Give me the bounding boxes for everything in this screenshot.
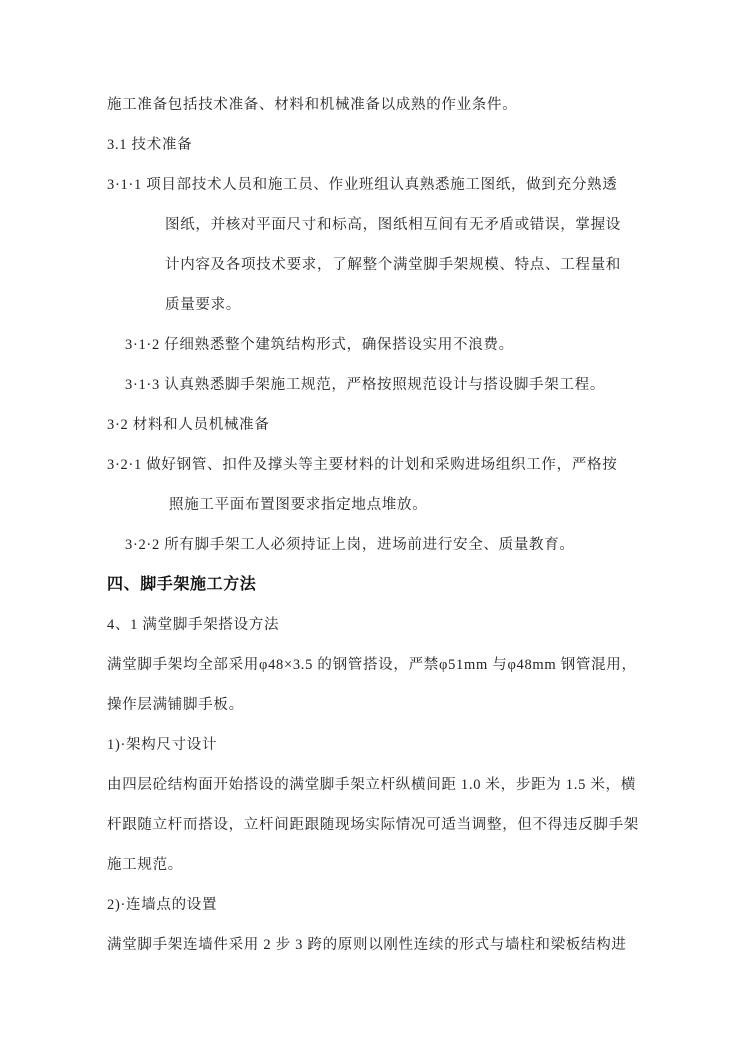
para-pipe-spec-line-2: 操作层满铺脚手板。 xyxy=(107,685,677,725)
para-3-2-1-line-1: 3·2·1 做好钢管、扣件及撑头等主要材料的计划和采购进场组织工作，严格按 xyxy=(107,445,677,485)
para-3-1-1-line-3: 计内容及各项技术要求，了解整个满堂脚手架规模、特点、工程量和 xyxy=(107,245,677,285)
para-wall-tie-line-1: 满堂脚手架连墙件采用 2 步 3 跨的原则以刚性连续的形式与墙柱和梁板结构进 xyxy=(107,925,677,965)
para-3-2-2: 3·2·2 所有脚手架工人必须持证上岗，进场前进行安全、质量教育。 xyxy=(107,525,677,565)
para-3-1-2: 3·1·2 仔细熟悉整个建筑结构形式，确保搭设实用不浪费。 xyxy=(107,325,677,365)
para-3-1-3: 3·1·3 认真熟悉脚手架施工规范，严格按照规范设计与搭设脚手架工程。 xyxy=(107,365,677,405)
heading-2-wall-tie-points: 2)·连墙点的设置 xyxy=(107,885,677,925)
heading-1-frame-dimensions: 1)·架构尺寸设计 xyxy=(107,725,677,765)
para-3-1-1-line-1: 3·1·1 项目部技术人员和施工员、作业班组认真熟悉施工图纸，做到充分熟透 xyxy=(107,165,677,205)
para-3-1-1-line-4: 质量要求。 xyxy=(107,285,677,325)
document-page: 施工准备包括技术准备、材料和机械准备以成熟的作业条件。 3.1 技术准备 3·1… xyxy=(0,0,744,1052)
para-frame-dims-line-3: 施工规范。 xyxy=(107,845,677,885)
para-frame-dims-line-2: 杆跟随立杆而搭设，立杆间距跟随现场实际情况可适当调整，但不得违反脚手架 xyxy=(107,805,677,845)
para-pipe-spec-line-1: 满堂脚手架均全部采用φ48×3.5 的钢管搭设，严禁φ51mm 与φ48mm 钢… xyxy=(107,645,677,685)
heading-3-2-material-prep: 3·2 材料和人员机械准备 xyxy=(107,405,677,445)
para-3-1-1-line-2: 图纸，并核对平面尺寸和标高，图纸相互间有无矛盾或错误，掌握设 xyxy=(107,205,677,245)
heading-section-4-method: 四、脚手架施工方法 xyxy=(107,565,677,605)
heading-4-1-erection-method: 4、1 满堂脚手架搭设方法 xyxy=(107,605,677,645)
para-frame-dims-line-1: 由四层砼结构面开始搭设的满堂脚手架立杆纵横间距 1.0 米，步距为 1.5 米，… xyxy=(107,765,677,805)
para-construction-prep: 施工准备包括技术准备、材料和机械准备以成熟的作业条件。 xyxy=(107,85,677,125)
para-3-2-1-line-2: 照施工平面布置图要求指定地点堆放。 xyxy=(107,485,677,525)
heading-3-1-tech-prep: 3.1 技术准备 xyxy=(107,125,677,165)
document-body: 施工准备包括技术准备、材料和机械准备以成熟的作业条件。 3.1 技术准备 3·1… xyxy=(107,85,677,965)
